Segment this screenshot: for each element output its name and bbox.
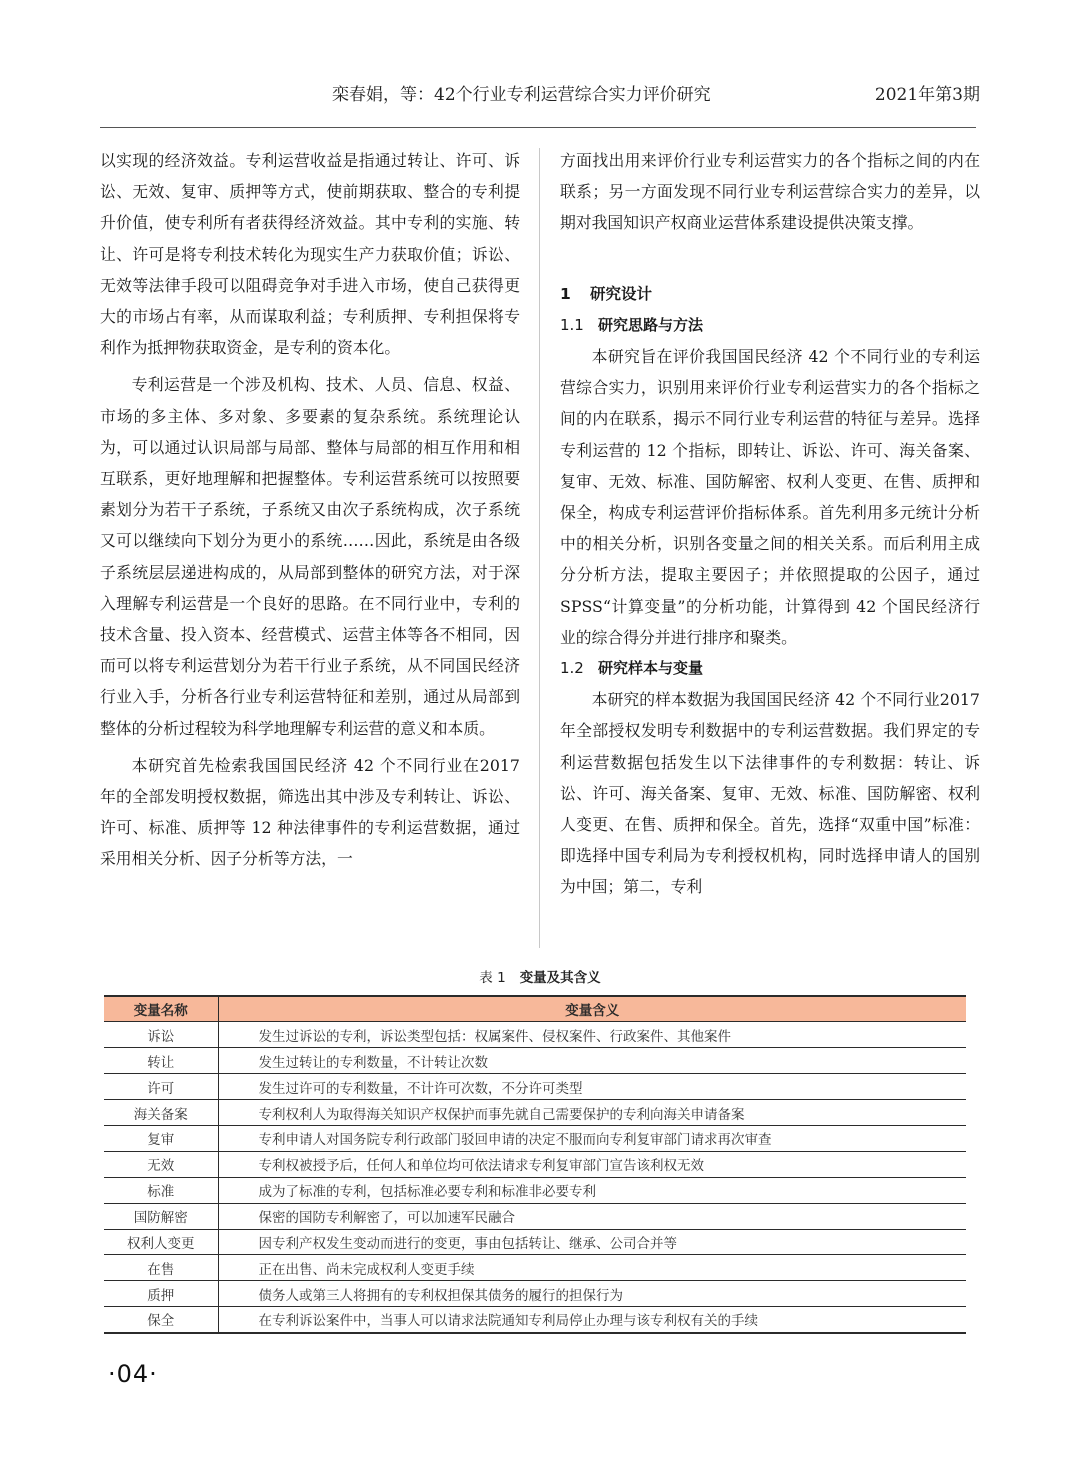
table-row: 复审专利申请人对国务院专利行政部门驳回申请的决定不服而向专利复审部门请求再次审查 — [104, 1125, 966, 1151]
section-title: 研究设计 — [590, 285, 652, 303]
variable-meaning: 在专利诉讼案件中，当事人可以请求法院通知专利局停止办理与该专利权有关的手续 — [218, 1307, 966, 1333]
section-heading-1: 1研究设计 — [560, 279, 980, 310]
column-header-meaning: 变量含义 — [218, 996, 966, 1022]
column-header-name: 变量名称 — [104, 996, 218, 1022]
variable-meaning: 债务人或第三人将拥有的专利权担保其债务的履行的担保行为 — [218, 1281, 966, 1307]
body-paragraph: 本研究首先检索我国国民经济 42 个不同行业在2017 年的全部发明授权数据，筛… — [100, 750, 520, 875]
header-rule — [100, 127, 976, 128]
variable-meaning: 发生过许可的专利数量，不计许可次数，不分许可类型 — [218, 1074, 966, 1100]
variable-name: 诉讼 — [104, 1022, 218, 1048]
variable-name: 国防解密 — [104, 1203, 218, 1229]
section-title: 研究样本与变量 — [598, 659, 703, 677]
variable-meaning: 正在出售、尚未完成权利人变更手续 — [218, 1255, 966, 1281]
right-column: 方面找出用来评价行业专利运营实力的各个指标之间的内在联系；另一方面发现不同行业专… — [560, 145, 980, 903]
body-paragraph: 以实现的经济效益。专利运营收益是指通过转让、许可、诉讼、无效、复审、质押等方式，… — [100, 145, 520, 363]
section-title: 研究思路与方法 — [598, 316, 703, 334]
table-row: 质押债务人或第三人将拥有的专利权担保其债务的履行的担保行为 — [104, 1281, 966, 1307]
running-header: 栾春娟，等：42个行业专利运营综合实力评价研究 2021年第3期 — [100, 74, 980, 110]
page-number: ·04· — [108, 1360, 158, 1388]
section-number: 1 — [560, 279, 590, 310]
variable-name: 海关备案 — [104, 1100, 218, 1126]
variable-name: 许可 — [104, 1074, 218, 1100]
variable-name: 权利人变更 — [104, 1229, 218, 1255]
variable-meaning: 发生过诉讼的专利，诉讼类型包括：权属案件、侵权案件、行政案件、其他案件 — [218, 1022, 966, 1048]
table-row: 转让发生过转让的专利数量，不计转让次数 — [104, 1048, 966, 1074]
table-row: 许可发生过许可的专利数量，不计许可次数，不分许可类型 — [104, 1074, 966, 1100]
table-caption: 表 1变量及其含义 — [0, 966, 1080, 986]
variable-name: 在售 — [104, 1255, 218, 1281]
column-divider — [539, 148, 540, 948]
table-row: 权利人变更因专利产权发生变动而进行的变更，事由包括转让、继承、公司合并等 — [104, 1229, 966, 1255]
table-row: 标准成为了标准的专利，包括标准必要专利和标准非必要专利 — [104, 1177, 966, 1203]
table-row: 诉讼发生过诉讼的专利，诉讼类型包括：权属案件、侵权案件、行政案件、其他案件 — [104, 1022, 966, 1048]
variable-meaning: 专利权利人为取得海关知识产权保护而事先就自己需要保护的专利向海关申请备案 — [218, 1100, 966, 1126]
table-row: 无效专利权被授予后，任何人和单位均可依法请求专利复审部门宣告该利权无效 — [104, 1151, 966, 1177]
table-title: 变量及其含义 — [520, 970, 601, 986]
body-paragraph: 方面找出用来评价行业专利运营实力的各个指标之间的内在联系；另一方面发现不同行业专… — [560, 145, 980, 239]
variable-meaning: 发生过转让的专利数量，不计转让次数 — [218, 1048, 966, 1074]
body-paragraph: 本研究的样本数据为我国国民经济 42 个不同行业2017 年全部授权发明专利数据… — [560, 684, 980, 902]
body-paragraph: 本研究旨在评价我国国民经济 42 个不同行业的专利运营综合实力，识别用来评价行业… — [560, 341, 980, 653]
section-number: 1.2 — [560, 653, 598, 684]
table-row: 在售正在出售、尚未完成权利人变更手续 — [104, 1255, 966, 1281]
table-row: 国防解密保密的国防专利解密了，可以加速军民融合 — [104, 1203, 966, 1229]
section-number: 1.1 — [560, 310, 598, 341]
variable-name: 无效 — [104, 1151, 218, 1177]
table-row: 保全在专利诉讼案件中，当事人可以请求法院通知专利局停止办理与该专利权有关的手续 — [104, 1307, 966, 1333]
table-header-row: 变量名称 变量含义 — [104, 996, 966, 1022]
section-heading-1-1: 1.1研究思路与方法 — [560, 310, 980, 341]
left-column: 以实现的经济效益。专利运营收益是指通过转让、许可、诉讼、无效、复审、质押等方式，… — [100, 145, 520, 875]
section-heading-1-2: 1.2研究样本与变量 — [560, 653, 980, 684]
body-paragraph: 专利运营是一个涉及机构、技术、人员、信息、权益、市场的多主体、多对象、多要素的复… — [100, 369, 520, 743]
journal-issue: 2021年第3期 — [875, 80, 980, 105]
variable-meaning: 因专利产权发生变动而进行的变更，事由包括转让、继承、公司合并等 — [218, 1229, 966, 1255]
variable-meaning: 专利权被授予后，任何人和单位均可依法请求专利复审部门宣告该利权无效 — [218, 1151, 966, 1177]
article-title: 栾春娟，等：42个行业专利运营综合实力评价研究 — [332, 80, 711, 105]
variable-name: 质押 — [104, 1281, 218, 1307]
variable-meaning: 成为了标准的专利，包括标准必要专利和标准非必要专利 — [218, 1177, 966, 1203]
variable-meaning: 专利申请人对国务院专利行政部门驳回申请的决定不服而向专利复审部门请求再次审查 — [218, 1125, 966, 1151]
variable-name: 复审 — [104, 1125, 218, 1151]
variables-table: 变量名称 变量含义 诉讼发生过诉讼的专利，诉讼类型包括：权属案件、侵权案件、行政… — [104, 995, 966, 1334]
variable-name: 标准 — [104, 1177, 218, 1203]
variable-meaning: 保密的国防专利解密了，可以加速军民融合 — [218, 1203, 966, 1229]
table-number: 表 1 — [479, 970, 505, 986]
variable-name: 保全 — [104, 1307, 218, 1333]
table-row: 海关备案专利权利人为取得海关知识产权保护而事先就自己需要保护的专利向海关申请备案 — [104, 1100, 966, 1126]
variable-name: 转让 — [104, 1048, 218, 1074]
